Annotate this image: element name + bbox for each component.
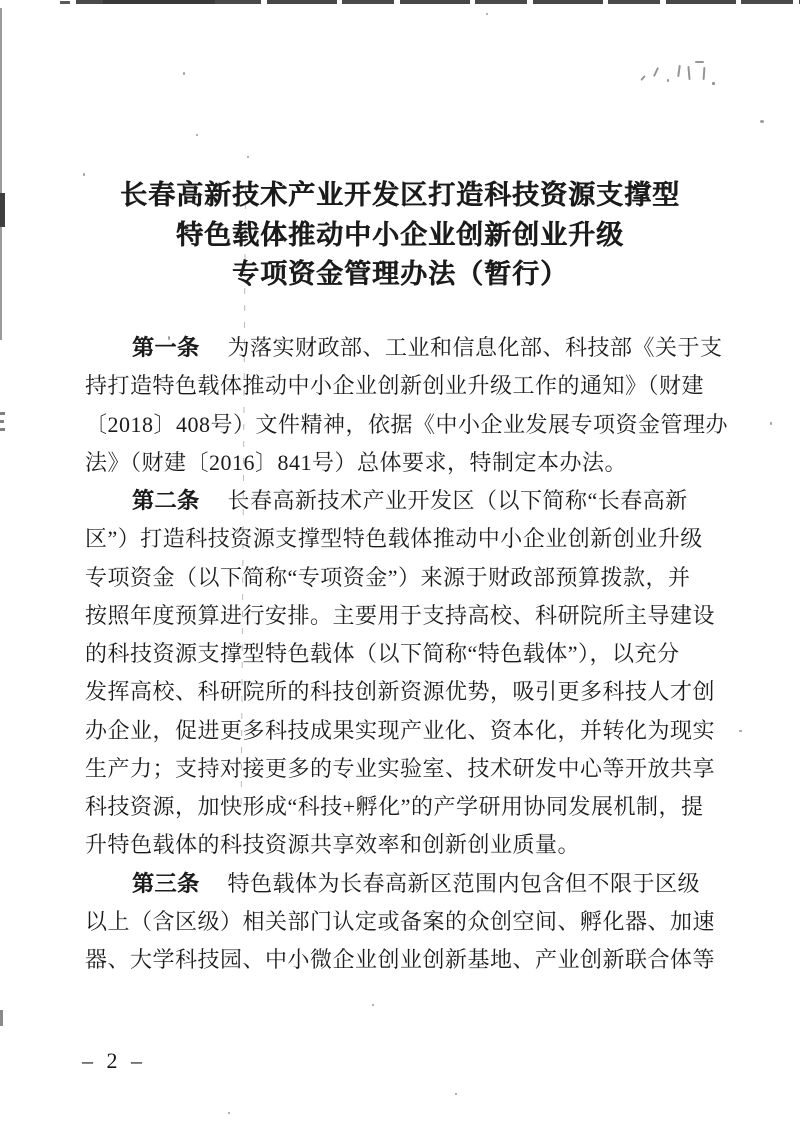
article-1-number: 第一条 <box>132 335 200 360</box>
scan-edge-left-dash <box>0 412 5 415</box>
paragraph-article-2-line: 第二条长春高新技术产业开发区（以下简称“长春高新 <box>85 482 733 520</box>
body-text-line: 法》（财建〔2016〕841号）总体要求，特制定本办法。 <box>85 444 733 482</box>
body-text-line: 的科技资源支撑型特色载体（以下简称“特色载体”），以充分 <box>85 635 733 673</box>
paragraph-article-3-line: 第三条特色载体为长春高新区范围内包含但不限于区级 <box>85 865 733 903</box>
title-line-2: 特色载体推动中小企业创新创业升级 <box>0 216 800 256</box>
scan-edge-left-dash <box>0 428 5 431</box>
document-title: 长春高新技术产业开发区打造科技资源支撑型 特色载体推动中小企业创新创业升级 专项… <box>0 176 800 295</box>
scan-speck <box>183 72 185 75</box>
scan-edge-top-solid <box>103 0 215 4</box>
paragraph-article-1-line: 第一条为落实财政部、工业和信息化部、科技部《关于支 <box>85 329 733 367</box>
scan-speck <box>372 1004 374 1006</box>
body-text-line: 为落实财政部、工业和信息化部、科技部《关于支 <box>228 335 723 360</box>
body-text-line: 以上（含区级）相关部门认定或备案的众创空间、孵化器、加速 <box>85 903 733 941</box>
scan-speck <box>770 422 772 425</box>
body-text-line: 专项资金（以下简称“专项资金”）来源于财政部预算拨款，并 <box>85 559 733 597</box>
document-body: 第一条为落实财政部、工业和信息化部、科技部《关于支 持打造特色载体推动中小企业创… <box>85 329 733 979</box>
body-text-line: 器、大学科技园、中小微企业创业创新基地、产业创新联合体等 <box>85 941 733 979</box>
scanned-document-page: 长春高新技术产业开发区打造科技资源支撑型 特色载体推动中小企业创新创业升级 专项… <box>0 0 800 1131</box>
article-3-number: 第三条 <box>132 871 200 896</box>
scan-speck <box>455 1093 457 1095</box>
body-text-line: 科技资源，加快形成“科技+孵化”的产学研用协同发展机制，提 <box>85 788 733 826</box>
scan-speck <box>486 13 488 15</box>
body-text-line: 特色载体为长春高新区范围内包含但不限于区级 <box>228 871 701 896</box>
scan-speck <box>196 134 198 136</box>
body-text-line: 长春高新技术产业开发区（以下简称“长春高新 <box>228 488 688 513</box>
title-line-1: 长春高新技术产业开发区打造科技资源支撑型 <box>0 176 800 216</box>
scan-speck <box>228 1112 230 1114</box>
scan-speck <box>247 156 249 158</box>
body-text-line: 办企业，促进更多科技成果实现产业化、资本化，并转化为现实 <box>85 712 733 750</box>
scan-speck <box>739 730 742 732</box>
body-text-line: 升特色载体的科技资源共享效率和创新创业质量。 <box>85 826 733 864</box>
body-text-line: 生产力；支持对接更多的专业实验室、技术研发中心等开放共享 <box>85 750 733 788</box>
body-text-line: 〔2018〕408号）文件精神，依据《中小企业发展专项资金管理办 <box>85 406 733 444</box>
title-line-3: 专项资金管理办法（暂行） <box>0 255 800 295</box>
article-2-number: 第二条 <box>132 488 200 513</box>
scan-edge-top-tick <box>60 1 70 4</box>
body-text-line: 区”）打造科技资源支撑型特色载体推动中小企业创新创业升级 <box>85 520 733 558</box>
scan-edge-left-mark <box>0 1010 3 1026</box>
page-number: – 2 – <box>82 1048 146 1074</box>
body-text-line: 发挥高校、科研院所的科技创新资源优势，吸引更多科技人才创 <box>85 673 733 711</box>
pencil-smudge <box>640 55 730 97</box>
body-text-line: 按照年度预算进行安排。主要用于支持高校、科研院所主导建设 <box>85 597 733 635</box>
body-text-line: 持打造特色载体推动中小企业创新创业升级工作的通知》（财建 <box>85 367 733 405</box>
scan-edge-left-dash <box>0 420 4 423</box>
scan-speck <box>760 120 764 123</box>
